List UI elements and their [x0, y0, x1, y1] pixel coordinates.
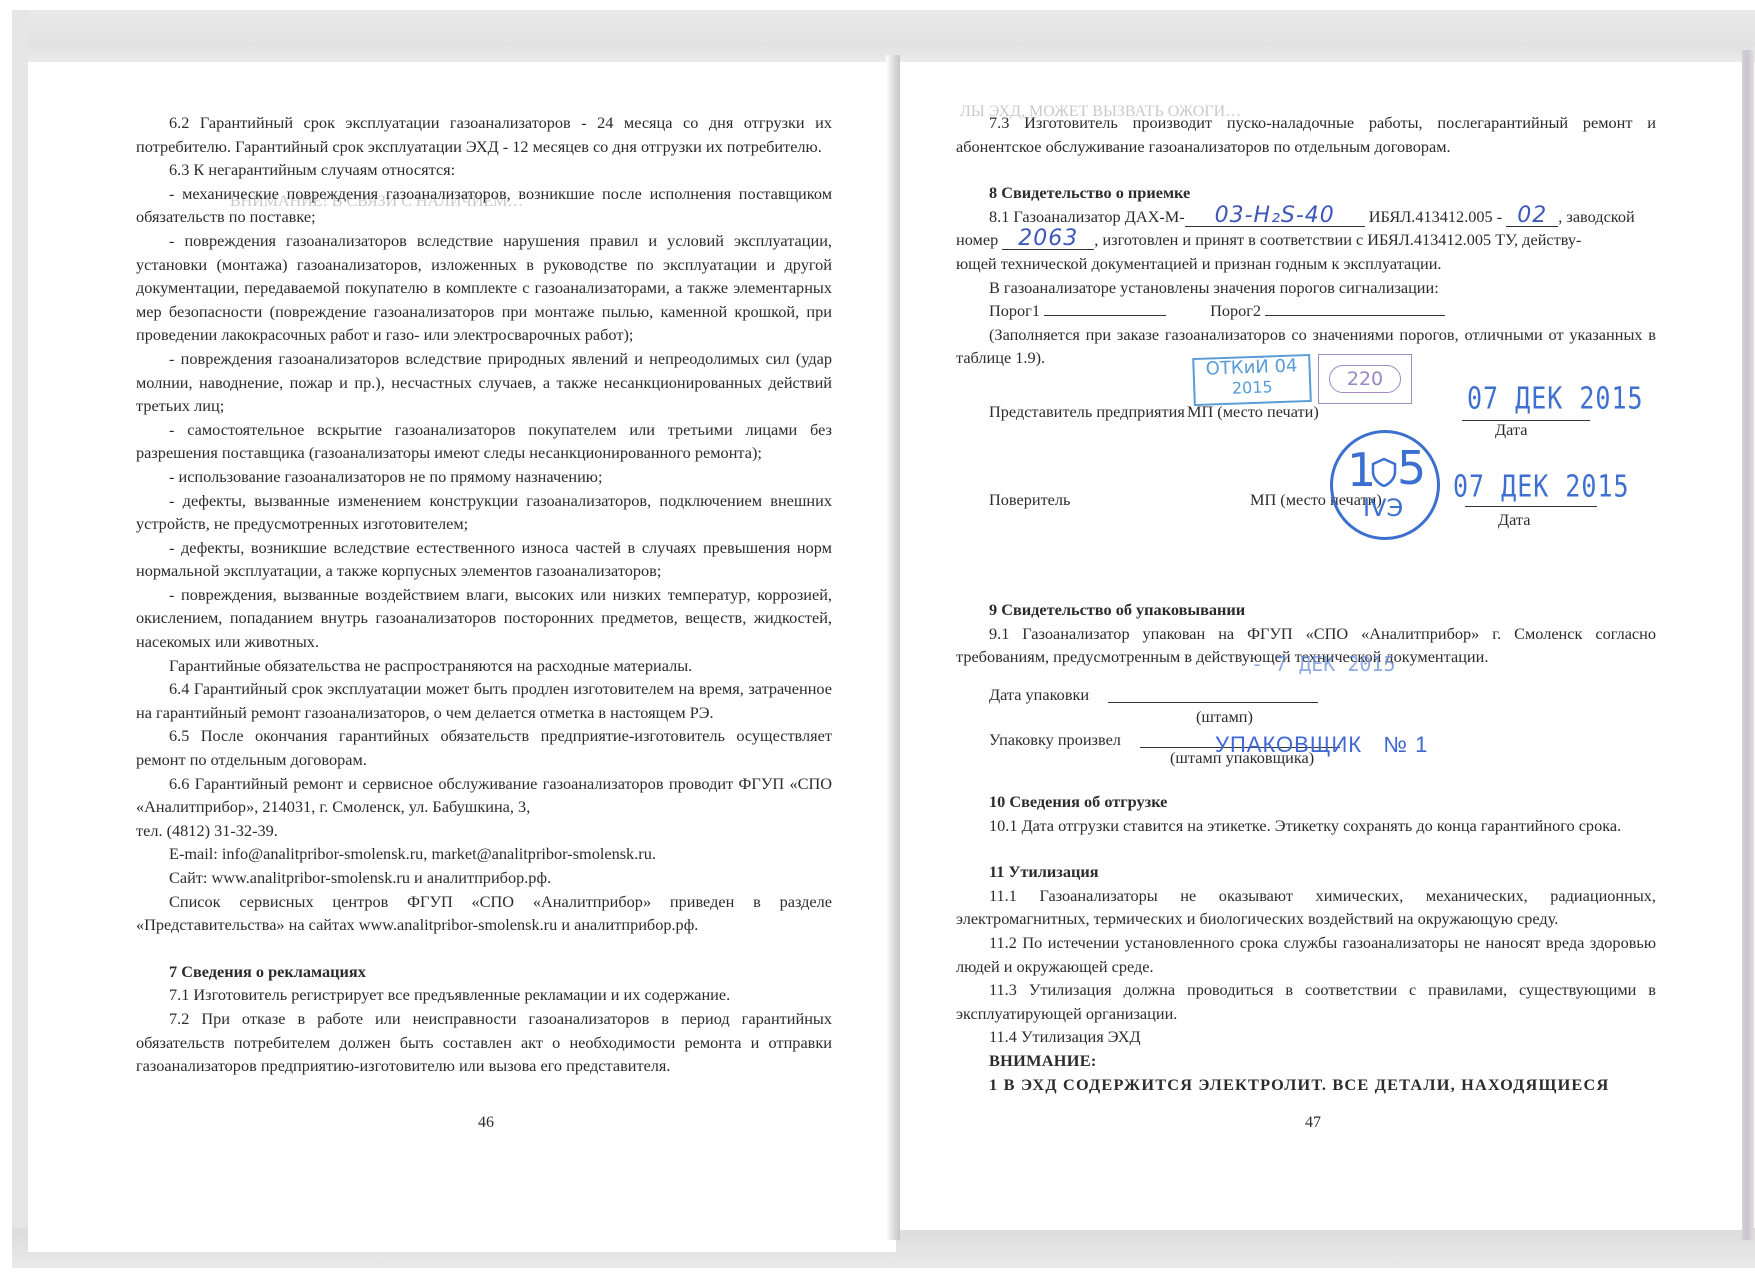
threshold2-field [1265, 315, 1445, 316]
date-label: Дата [1495, 420, 1527, 440]
serial-field: 2063 [1002, 230, 1094, 250]
model-field: 03-H₂S-40 [1185, 207, 1365, 227]
sections-10-11: 10 Сведения об отгрузке 10.1 Дата отгруз… [956, 790, 1656, 1096]
section-7-title: 7 Сведения о рекламациях [136, 960, 832, 984]
otk-stamp: ОТКиЙ 04 2015 [1192, 354, 1312, 406]
shield-icon [1371, 457, 1397, 487]
list-item: - повреждения газоанализаторов вследстви… [136, 347, 832, 418]
paragraph-7-2: 7.2 При отказе в работе или неисправност… [136, 1007, 832, 1078]
packed-by-label: Упаковку произвел [989, 730, 1121, 750]
thresholds-intro: В газоанализаторе установлены значения п… [956, 276, 1656, 300]
pack-date-stamp: - 7 ДЕК 2015 [1251, 652, 1396, 676]
inspector-stamp-number: 220 [1329, 365, 1401, 393]
page-edge-right [1742, 50, 1754, 1240]
doc-code-label: ИБЯЛ.413412.005 - [1369, 207, 1502, 226]
threshold1-label: Порог1 [989, 301, 1040, 320]
book-spine [886, 55, 900, 1240]
email-text: E-mail: info@analitpribor-smolensk.ru, m… [136, 842, 832, 866]
variant-handwritten: 02 [1517, 203, 1547, 228]
date-line [1465, 506, 1597, 507]
paragraph-10-1: 10.1 Дата отгрузки ставится на этикетке.… [956, 814, 1656, 838]
warning-heading: ВНИМАНИЕ: [956, 1049, 1656, 1073]
acceptance-text: , изготовлен и принят в соответствии с И… [1094, 230, 1581, 249]
page-number-right: 47 [1305, 1114, 1321, 1132]
verification-stamp-bottom: IVЭ [1363, 495, 1403, 521]
list-item: - повреждения, вызванные воздействием вл… [136, 583, 832, 654]
warning-item: 1 В ЭХД СОДЕРЖИТСЯ ЭЛЕКТРОЛИТ. ВСЕ ДЕТАЛ… [956, 1073, 1656, 1097]
section-10-title: 10 Сведения об отгрузке [956, 790, 1656, 814]
paragraph-6-5: 6.5 После окончания гарантийных обязател… [136, 724, 832, 771]
list-item: - повреждения газоанализаторов вследстви… [136, 229, 832, 347]
right-page-text: 7.3 Изготовитель производит пуско-наладо… [956, 111, 1656, 370]
phone-text: тел. (4812) 31-32-39. [136, 819, 832, 843]
acceptance-line-3: ющей технической документацией и признан… [956, 252, 1656, 276]
list-item: - механические повреждения газоанализато… [136, 182, 832, 229]
model-handwritten: 03-H₂S-40 [1215, 203, 1335, 228]
paragraph-consumables: Гарантийные обязательства не распростран… [136, 654, 832, 678]
packer-caption: (штамп упаковщика) [1170, 748, 1314, 768]
threshold2-label: Порог2 [1210, 301, 1261, 320]
variant-field: 02 [1506, 207, 1558, 227]
paragraph-11-4: 11.4 Утилизация ЭХД [956, 1025, 1656, 1049]
thresholds-row: Порог1 Порог2 [956, 299, 1656, 323]
date-label: Дата [1498, 510, 1530, 530]
scan-border-top [12, 10, 1755, 62]
paragraph-6-4: 6.4 Гарантийный срок эксплуатации может … [136, 677, 832, 724]
stamp-caption: (штамп) [1196, 707, 1253, 727]
section-11-title: 11 Утилизация [956, 860, 1656, 884]
page-number-left: 46 [478, 1114, 494, 1132]
paragraph-11-3: 11.3 Утилизация должна проводиться в соо… [956, 978, 1656, 1025]
model-label: 8.1 Газоанализатор ДАХ-М- [989, 207, 1185, 226]
left-page-text: 6.2 Гарантийный срок эксплуатации газоан… [136, 111, 832, 1078]
paragraph-7-3: 7.3 Изготовитель производит пуско-наладо… [956, 111, 1656, 158]
verification-stamp: 1 5 IVЭ [1330, 430, 1440, 540]
section-9-title: 9 Свидетельство об упаковывании [956, 598, 1656, 622]
list-item: - дефекты, вызванные изменением конструк… [136, 489, 832, 536]
date-stamp-verification: 07 ДЕК 2015 [1453, 469, 1630, 504]
acceptance-line-1: 8.1 Газоанализатор ДАХ-М-03-H₂S-40 ИБЯЛ.… [956, 205, 1656, 229]
serial-handwritten: 2063 [1018, 226, 1078, 251]
paragraph-6-6: 6.6 Гарантийный ремонт и сервисное обслу… [136, 772, 832, 819]
verification-stamp-right: 5 [1397, 443, 1426, 493]
factory-label: , заводской [1558, 207, 1635, 226]
otk-stamp-line2: 2015 [1195, 376, 1310, 400]
section-8-title: 8 Свидетельство о приемке [956, 181, 1656, 205]
paragraph-6-3: 6.3 К негарантийным случаям относятся: [136, 158, 832, 182]
paragraph-11-2: 11.2 По истечении установленного срока с… [956, 931, 1656, 978]
paragraph-7-1: 7.1 Изготовитель регистрирует все предъя… [136, 983, 832, 1007]
acceptance-line-2: номер 2063, изготовлен и принят в соотве… [956, 228, 1656, 252]
list-item: - дефекты, возникшие вследствие естестве… [136, 536, 832, 583]
pack-date-label: Дата упаковки [989, 685, 1089, 705]
representative-label: Представитель предприятия [989, 402, 1185, 422]
serial-label: номер [956, 230, 998, 249]
service-centers-text: Список сервисных центров ФГУП «СПО «Анал… [136, 890, 832, 937]
date-stamp-acceptance: 07 ДЕК 2015 [1467, 381, 1644, 416]
pack-date-field [1108, 702, 1318, 703]
otk-stamp-line1: ОТКиЙ 04 [1194, 356, 1309, 380]
inspector-stamp: 220 [1318, 354, 1412, 404]
list-item: - использование газоанализаторов не по п… [136, 465, 832, 489]
paragraph-6-2: 6.2 Гарантийный срок эксплуатации газоан… [136, 111, 832, 158]
list-item: - самостоятельное вскрытие газоанализато… [136, 418, 832, 465]
paragraph-11-1: 11.1 Газоанализаторы не оказывают химиче… [956, 884, 1656, 931]
verifier-label: Поверитель [989, 490, 1070, 510]
threshold1-field [1044, 315, 1166, 316]
scan-border-left [12, 10, 28, 1250]
website-text: Сайт: www.analitpribor-smolensk.ru и ана… [136, 866, 832, 890]
